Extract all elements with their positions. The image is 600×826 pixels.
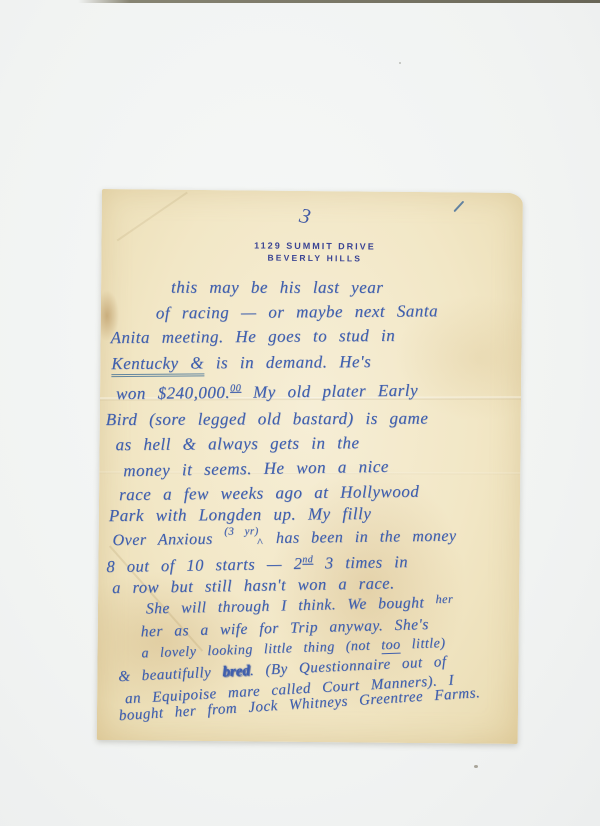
handwriting-segment: Bird (sore legged old bastard) is game <box>106 409 429 429</box>
handwriting-line-6: Bird (sore legged old bastard) is game <box>106 409 429 430</box>
scan-top-edge <box>78 0 600 3</box>
handwriting-segment: of racing — or maybe next Santa <box>156 301 438 322</box>
handwriting-segment: My old plater Early <box>241 381 418 402</box>
handwriting-segment: She will through I think. We bought <box>146 594 436 617</box>
handwriting-segment: is in demand. He's <box>204 352 371 372</box>
handwriting-line-13: a row but still hasn't won a race. <box>112 573 395 598</box>
handwriting-line-3: Anita meeting. He goes to stud in <box>110 326 395 348</box>
handwriting-segment: as hell & always gets in the <box>115 433 359 454</box>
handwriting-segment: bred <box>222 663 250 680</box>
handwriting-segment: (3 yr) <box>224 525 259 537</box>
handwriting-line-1: this may be his last year <box>171 278 383 298</box>
handwriting-segment: & beautifully <box>118 664 223 685</box>
handwriting-segment: nd <box>302 554 313 565</box>
handwriting-segment: Kentucky & <box>111 353 204 377</box>
handwriting-segment: Park with Longden up. My filly <box>109 504 372 525</box>
handwriting-line-4: Kentucky & is in demand. He's <box>111 352 371 374</box>
handwriting-segment: has been in the money <box>264 528 456 548</box>
handwriting-segment: her <box>435 592 453 607</box>
handwriting-segment: a row but still hasn't won a race. <box>112 573 395 597</box>
handwriting-segment: Over Anxious <box>113 531 225 549</box>
handwriting-line-8: money it seems. He won a nice <box>123 457 389 481</box>
letter-paper: 3 1129 SUMMIT DRIVE BEVERLY HILLS this m… <box>97 189 523 744</box>
handwriting-line-2: of racing — or maybe next Santa <box>156 301 438 323</box>
scan-speck <box>399 62 401 64</box>
handwriting-segment: her as a wife for Trip anyway. She's <box>141 616 430 640</box>
handwriting-segment: 3 times in <box>313 552 408 573</box>
handwriting-segment: this may be his last year <box>171 278 383 297</box>
handwriting-line-7: as hell & always gets in the <box>115 433 359 455</box>
handwriting-segment: too <box>381 638 401 655</box>
handwriting-segment: Anita meeting. He goes to stud in <box>110 326 395 347</box>
handwriting-line-5: won $240,000.00 My old plater Early <box>116 381 418 404</box>
handwriting-line-9: race a few weeks ago at Hollywood <box>119 482 419 505</box>
scan-speck <box>474 765 478 768</box>
handwriting-segment: 00 <box>230 383 241 394</box>
scan-background: 3 1129 SUMMIT DRIVE BEVERLY HILLS this m… <box>0 0 600 826</box>
handwriting-segment: little) <box>400 636 445 653</box>
handwriting-segment: ^ <box>257 535 263 550</box>
handwriting-segment: race a few weeks ago at Hollywood <box>119 482 419 504</box>
handwriting-segment: 8 out of 10 starts — 2 <box>106 554 302 576</box>
handwriting-line-14: She will through I think. We bought her <box>146 594 454 619</box>
handwriting-lines: this may be his last yearof racing — or … <box>97 189 523 744</box>
handwriting-segment: won $240,000. <box>116 383 230 403</box>
handwriting-line-10: Park with Longden up. My filly <box>109 504 372 526</box>
handwriting-line-11: Over Anxious (3 yr)^ has been in the mon… <box>113 528 457 551</box>
handwriting-segment: money it seems. He won a nice <box>123 457 389 480</box>
